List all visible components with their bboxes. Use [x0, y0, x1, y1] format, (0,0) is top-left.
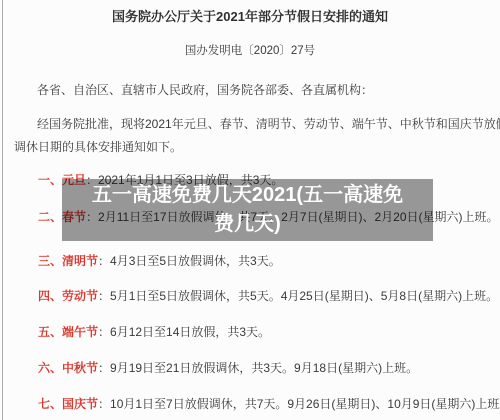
- holiday-detail: ：10月1日至7日放假调休，共7天。9月26日(星期日)、10月9日(星期六)上…: [98, 397, 500, 411]
- article-page: 国务院办公厅关于2021年部分节假日安排的通知 国办发明电〔2020〕27号 各…: [0, 0, 500, 420]
- holiday-label: 七、国庆节: [38, 397, 98, 411]
- holiday-item-qingming: 三、清明节：4月3日至5日放假调休，共3天。: [38, 252, 281, 269]
- holiday-label: 四、劳动节: [38, 289, 98, 303]
- holiday-detail: ：6月12日至14日放假，共3天。: [98, 325, 270, 339]
- holiday-detail: ：4月3日至5日放假调休，共3天。: [98, 254, 281, 268]
- document-number: 国办发明电〔2020〕27号: [0, 42, 500, 58]
- holiday-label: 三、清明节: [38, 254, 98, 268]
- holiday-label: 六、中秋节: [38, 361, 98, 375]
- holiday-label: 五、端午节: [38, 325, 98, 339]
- holiday-item-mid-autumn: 六、中秋节：9月19日至21日放假调休，共3天。9月18日(星期六)上班。: [38, 359, 418, 376]
- holiday-item-dragon-boat: 五、端午节：6月12日至14日放假，共3天。: [38, 323, 270, 340]
- holiday-detail: ：9月19日至21日放假调休，共3天。9月18日(星期六)上班。: [98, 361, 418, 375]
- holiday-item-labor-day: 四、劳动节：5月1日至5日放假调休，共5天。4月25日(星期日)、5月8日(星期…: [38, 287, 498, 304]
- document-title: 国务院办公厅关于2021年部分节假日安排的通知: [0, 6, 500, 25]
- overlay-title-line2: 费几天): [62, 210, 433, 239]
- intro-paragraph-line2: 调休日期的具体安排通知如下。: [14, 138, 182, 155]
- article-title-overlay: 五一高速免费几天2021(五一高速免 费几天): [62, 179, 433, 241]
- left-border-line: [2, 0, 3, 420]
- overlay-title-line1: 五一高速免费几天2021(五一高速免: [62, 181, 433, 210]
- salutation-line: 各省、自治区、直辖市人民政府，国务院各部委、各直属机构：: [37, 81, 492, 98]
- holiday-detail: ：5月1日至5日放假调休，共5天。4月25日(星期日)、5月8日(星期六)上班。: [98, 289, 498, 303]
- holiday-item-national-day: 七、国庆节：10月1日至7日放假调休，共7天。9月26日(星期日)、10月9日(…: [38, 395, 500, 412]
- intro-paragraph-line1: 经国务院批准，现将2021年元旦、春节、清明节、劳动节、端午节、中秋节和国庆节放…: [37, 115, 500, 132]
